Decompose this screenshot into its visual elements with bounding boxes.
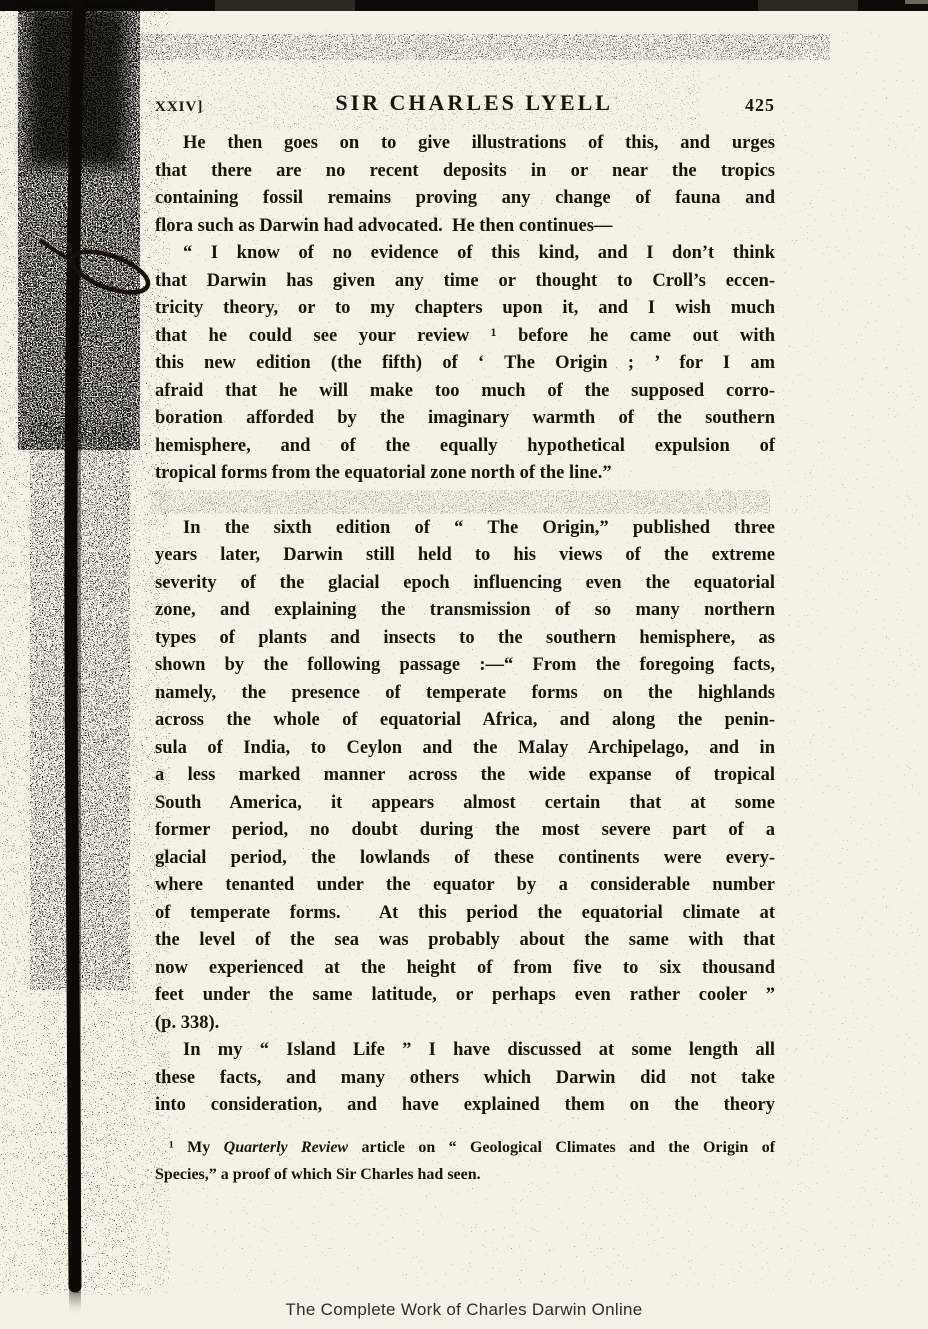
text-line: shown by the following passage :—“ From … (155, 652, 775, 680)
paragraph: ¹ My Quarterly Review article on “ Geolo… (155, 1136, 775, 1191)
text-line: (p. 338). (155, 1010, 775, 1038)
text-line: hemisphere, and of the equally hypotheti… (155, 433, 775, 461)
footer-caption: The Complete Work of Charles Darwin Onli… (0, 1300, 928, 1320)
text-line: tropical forms from the equatorial zone … (155, 460, 775, 488)
text-line: glacial period, the lowlands of these co… (155, 845, 775, 873)
text-line: “ I know of no evidence of this kind, an… (155, 240, 775, 268)
text-line: where tenanted under the equator by a co… (155, 872, 775, 900)
footnote-line: Species,” a proof of which Sir Charles h… (155, 1163, 775, 1191)
text-line: that Darwin has given any time or though… (155, 268, 775, 296)
text-line: a less marked manner across the wide exp… (155, 762, 775, 790)
text-line: these facts, and many others which Darwi… (155, 1065, 775, 1093)
text-line: In the sixth edition of “ The Origin,” p… (155, 515, 775, 543)
text-line: feet under the same latitude, or perhaps… (155, 982, 775, 1010)
text-line: that he could see your review ¹ before h… (155, 323, 775, 351)
page-content: XXIV] SIR CHARLES LYELL 425 He then goes… (155, 88, 775, 1191)
text-line: that there are no recent deposits in or … (155, 158, 775, 186)
running-title: SIR CHARLES LYELL (335, 90, 613, 116)
text-line: now experienced at the height of from fi… (155, 955, 775, 983)
scan-top-bar (0, 0, 928, 11)
chapter-number: XXIV] (155, 99, 203, 116)
text-line: of temperate forms. At this period the e… (155, 900, 775, 928)
text-line: South America, it appears almost certain… (155, 790, 775, 818)
page-text: He then goes on to give illustrations of… (155, 130, 775, 1120)
text-line: severity of the glacial epoch influencin… (155, 570, 775, 598)
footnote: ¹ My Quarterly Review article on “ Geolo… (155, 1136, 775, 1191)
pen-loop-mark (40, 240, 153, 301)
text-line: types of plants and insects to the south… (155, 625, 775, 653)
text-line: across the whole of equatorial Africa, a… (155, 707, 775, 735)
text-line: years later, Darwin still held to his vi… (155, 542, 775, 570)
page-header: XXIV] SIR CHARLES LYELL 425 (155, 88, 775, 116)
text-line: In my “ Island Life ” I have discussed a… (155, 1037, 775, 1065)
bottom-blotches (400, 1225, 730, 1285)
text-line: the level of the sea was probably about … (155, 927, 775, 955)
text-line: tricity theory, or to my chapters upon i… (155, 295, 775, 323)
text-line: into consideration, and have explained t… (155, 1092, 775, 1120)
text-line: containing fossil remains proving any ch… (155, 185, 775, 213)
paragraph: He then goes on to give illustrations of… (155, 130, 775, 240)
paragraph: In the sixth edition of “ The Origin,” p… (155, 515, 775, 1038)
footnote-line: ¹ My Quarterly Review article on “ Geolo… (155, 1136, 775, 1164)
binding-gutter-shadow (0, 8, 170, 1295)
text-line: flora such as Darwin had advocated. He t… (155, 213, 775, 241)
scanned-book-page: XXIV] SIR CHARLES LYELL 425 He then goes… (0, 0, 928, 1329)
text-line: boration afforded by the imaginary warmt… (155, 405, 775, 433)
text-line: zone, and explaining the transmission of… (155, 597, 775, 625)
text-line: former period, no doubt during the most … (155, 817, 775, 845)
text-line: afraid that he will make too much of the… (155, 378, 775, 406)
paragraph: In my “ Island Life ” I have discussed a… (155, 1037, 775, 1120)
text-line: this new edition (the fifth) of ‘ The Or… (155, 350, 775, 378)
paragraph: “ I know of no evidence of this kind, an… (155, 240, 775, 488)
page-number: 425 (745, 95, 775, 116)
text-line: He then goes on to give illustrations of… (155, 130, 775, 158)
text-line: namely, the presence of temperate forms … (155, 680, 775, 708)
text-line: sula of India, to Ceylon and the Malay A… (155, 735, 775, 763)
